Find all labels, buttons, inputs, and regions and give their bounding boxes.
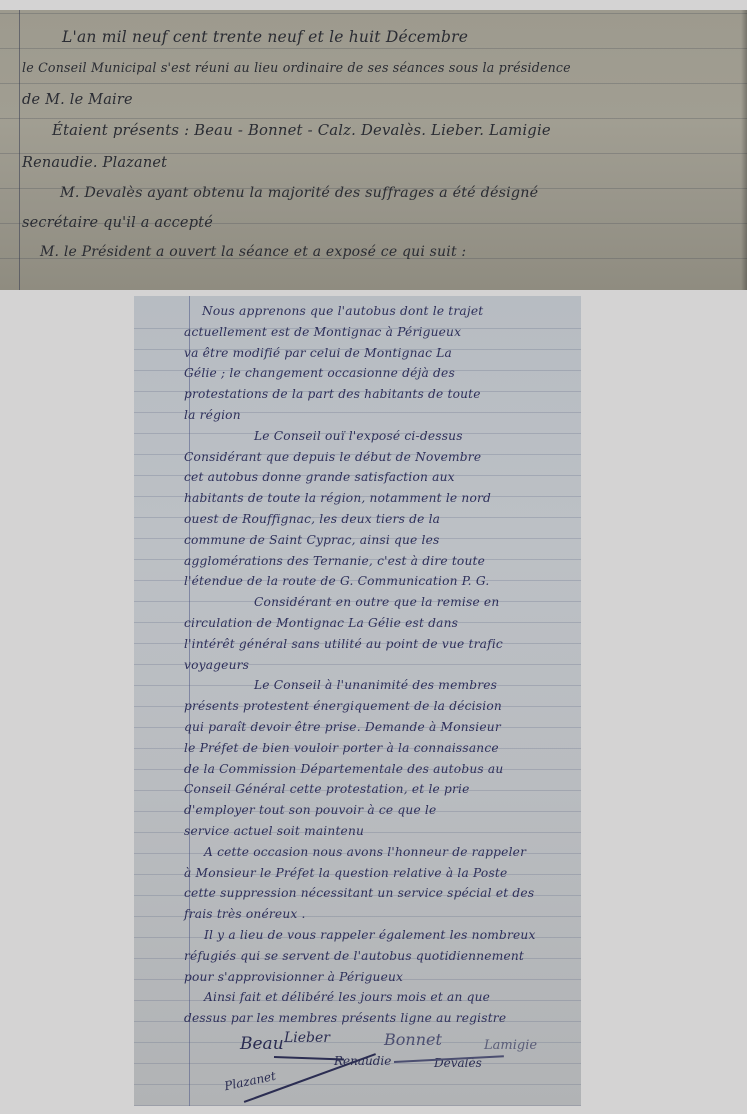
handwritten-line: A cette occasion nous avons l'honneur de… — [204, 845, 526, 859]
handwritten-line: à Monsieur le Préfet la question relativ… — [184, 866, 507, 880]
handwritten-line: circulation de Montignac La Gélie est da… — [184, 616, 458, 630]
handwritten-line: Le Conseil ouï l'exposé ci-dessus — [254, 429, 463, 443]
handwritten-line: service actuel soit maintenu — [184, 824, 364, 838]
handwritten-line: L'an mil neuf cent trente neuf et le hui… — [62, 28, 468, 46]
handwritten-line: Le Conseil à l'unanimité des membres — [254, 678, 497, 692]
handwritten-line: le Conseil Municipal s'est réuni au lieu… — [22, 60, 571, 75]
handwritten-line: actuellement est de Montignac à Périgueu… — [184, 325, 461, 339]
handwritten-line: le Préfet de bien vouloir porter à la co… — [184, 741, 499, 755]
handwritten-line: frais très onéreux . — [184, 907, 306, 921]
register-page-bottom: Nous apprenons que l'autobus dont le tra… — [134, 296, 581, 1106]
handwritten-line: de M. le Maire — [22, 92, 133, 108]
handwritten-line: agglomérations des Ternanie, c'est à dir… — [184, 554, 485, 568]
handwritten-line: présents protestent énergiquement de la … — [184, 699, 502, 713]
signature: Lamigie — [484, 1038, 537, 1053]
handwritten-line: Gélie ; le changement occasionne déjà de… — [184, 366, 455, 380]
handwritten-line: pour s'approvisionner à Périgueux — [184, 970, 403, 984]
handwritten-line: Considérant que depuis le début de Novem… — [184, 450, 481, 464]
handwritten-line: d'employer tout son pouvoir à ce que le — [184, 803, 436, 817]
handwritten-line: Conseil Général cette protestation, et l… — [184, 782, 470, 796]
handwritten-line: Ainsi fait et délibéré les jours mois et… — [204, 990, 490, 1004]
margin-line — [19, 10, 20, 290]
handwritten-line: cette suppression nécessitant un service… — [184, 886, 534, 900]
handwritten-line: Étaient présents : Beau - Bonnet - Calz.… — [52, 122, 551, 139]
handwritten-line: cet autobus donne grande satisfaction au… — [184, 470, 455, 484]
signature: Beau — [240, 1034, 284, 1054]
handwritten-line: réfugiés qui se servent de l'autobus quo… — [184, 949, 524, 963]
handwritten-line: Renaudie. Plazanet — [22, 155, 167, 171]
handwritten-line: Considérant en outre que la remise en — [254, 595, 499, 609]
handwritten-line: voyageurs — [184, 658, 249, 672]
handwritten-line: M. Devalès ayant obtenu la majorité des … — [60, 185, 538, 201]
handwritten-line: ouest de Rouffignac, les deux tiers de l… — [184, 512, 440, 526]
handwritten-line: secrétaire qu'il a accepté — [22, 215, 213, 231]
handwritten-line: Nous apprenons que l'autobus dont le tra… — [202, 304, 483, 318]
handwritten-line: qui paraît devoir être prise. Demande à … — [184, 720, 501, 734]
handwritten-line: Il y a lieu de vous rappeler également l… — [204, 928, 536, 942]
handwritten-line: va être modifié par celui de Montignac L… — [184, 346, 452, 360]
register-page-top: L'an mil neuf cent trente neuf et le hui… — [0, 10, 747, 290]
page-edge-shadow — [741, 10, 747, 290]
handwritten-line: l'étendue de la route de G. Communicatio… — [184, 574, 489, 588]
handwritten-line: M. le Président a ouvert la séance et a … — [40, 244, 466, 260]
handwritten-line: commune de Saint Cyprac, ainsi que les — [184, 533, 440, 547]
handwritten-line: la région — [184, 408, 241, 422]
signature: Lieber — [284, 1030, 330, 1046]
handwritten-line: l'intérêt général sans utilité au point … — [184, 637, 503, 651]
handwritten-line: de la Commission Départementale des auto… — [184, 762, 503, 776]
handwritten-line: protestations de la part des habitants d… — [184, 387, 481, 401]
handwritten-line: dessus par les membres présents ligne au… — [184, 1011, 506, 1025]
handwritten-line: habitants de toute la région, notamment … — [184, 491, 491, 505]
signature: Bonnet — [384, 1030, 442, 1049]
